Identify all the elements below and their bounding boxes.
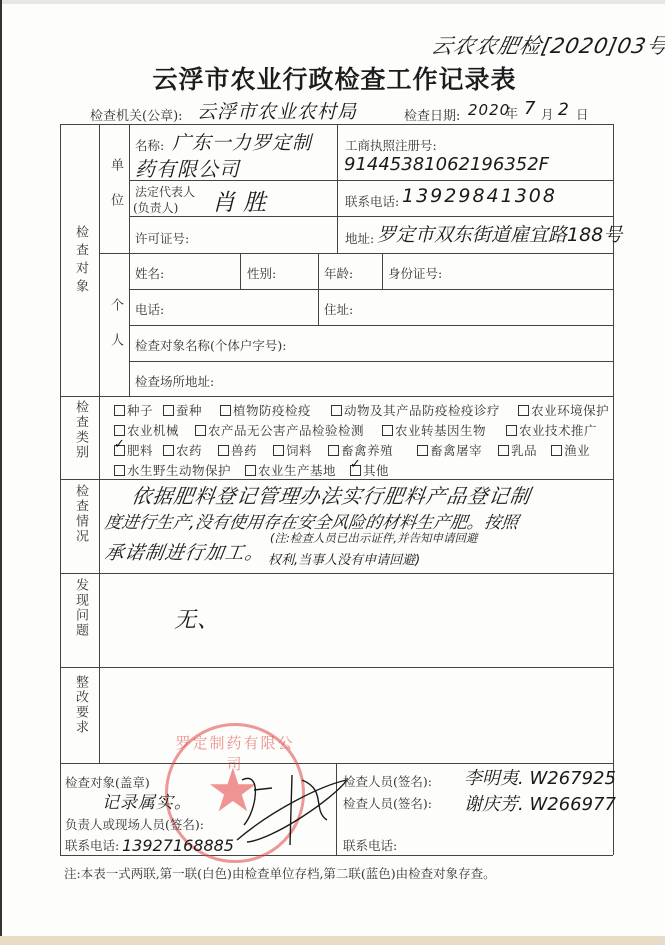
unit-name-value-line1: 广东一力罗定制 <box>172 128 312 155</box>
checkbox-empty-icon[interactable] <box>331 405 342 416</box>
category-label: 饲料 <box>286 443 312 458</box>
section-label-situation: 检查情况 <box>69 484 89 552</box>
situation-line3: 承诺制进行加工。 <box>103 538 267 565</box>
checkbox-empty-icon[interactable] <box>498 445 509 456</box>
situation-note-line2: 权利,当事人没有申请回避) <box>268 549 420 568</box>
unit-label: 单位 <box>104 158 124 236</box>
section-label-situation-text: 检查情况 <box>69 484 91 544</box>
checkbox-empty-icon[interactable] <box>195 425 206 436</box>
category-checkbox-item[interactable]: 渔业 <box>551 441 590 459</box>
individual-age-label: 年龄: <box>324 264 353 282</box>
inspector2-label: 检查人员(签名): <box>343 794 432 812</box>
document-number: 云农农肥检[2020]03号 <box>429 30 665 60</box>
category-checkbox-item[interactable]: 蚕种 <box>163 401 202 419</box>
section-label-subject-text: 检查对象 <box>69 225 91 297</box>
situation-line1: 依据肥料登记管理办法实行肥料产品登记制 <box>130 480 533 509</box>
checkbox-empty-icon[interactable] <box>245 465 256 476</box>
category-checkbox-item[interactable]: 农业生产基地 <box>245 461 336 479</box>
section-label-categories-text: 检查类别 <box>69 400 91 460</box>
individual-id-label: 身份证号: <box>388 264 442 282</box>
scan-edge <box>2 0 665 4</box>
checkbox-empty-icon[interactable] <box>506 425 517 436</box>
permit-label: 许可证号: <box>135 229 189 247</box>
subject-phone-label: 联系电话: <box>65 836 119 854</box>
checkbox-empty-icon[interactable] <box>114 425 125 436</box>
date-year: 2020 <box>468 101 510 119</box>
category-label: 畜禽屠宰 <box>430 443 482 458</box>
checkbox-empty-icon[interactable] <box>328 445 339 456</box>
category-checkbox-item[interactable]: 植物防疫检疫 <box>220 401 311 419</box>
checkbox-empty-icon[interactable] <box>273 445 284 456</box>
category-label: 农业技术推广 <box>519 423 597 438</box>
agency-label: 检查机关(公章): <box>90 105 183 124</box>
checkbox-empty-icon[interactable] <box>218 445 229 456</box>
category-label: 渔业 <box>564 443 590 458</box>
category-label: 农业环境保护 <box>531 403 609 418</box>
site-address-label: 检查场所地址: <box>135 372 214 390</box>
category-row: 水生野生动物保护农业生产基地其他 <box>108 461 395 479</box>
category-label: 乳品 <box>511 443 537 458</box>
category-checkbox-item[interactable]: 动物及其产品防疫检疫诊疗 <box>331 401 500 419</box>
date-month: 7 <box>524 98 536 119</box>
license-value: 914453810621963​52F <box>344 154 549 175</box>
legal-rep-value: 肖胜 <box>212 184 274 217</box>
category-label: 其他 <box>363 463 389 478</box>
responsible-label: 负责人或现场人员(签名): <box>65 815 204 833</box>
checkbox-empty-icon[interactable] <box>551 445 562 456</box>
license-label: 工商执照注册号: <box>345 136 437 154</box>
category-checkbox-item[interactable]: 农业技术推广 <box>506 421 597 439</box>
responsible-signature <box>232 770 352 850</box>
category-checkbox-item[interactable]: 畜禽屠宰 <box>417 441 482 459</box>
category-label: 肥料 <box>127 443 153 458</box>
category-label: 水生野生动物保护 <box>127 463 231 478</box>
phone-label: 联系电话: <box>345 192 399 210</box>
checkbox-empty-icon[interactable] <box>114 405 125 416</box>
category-label: 蚕种 <box>176 403 202 418</box>
agency-value: 云浮市农业农村局 <box>197 97 357 124</box>
category-label: 植物防疫检疫 <box>233 403 311 418</box>
category-label: 畜禽养殖 <box>341 443 393 458</box>
inspector-phone-label: 联系电话: <box>343 836 397 854</box>
individual-gender-label: 性别: <box>247 264 276 282</box>
category-checkbox-item[interactable]: 农业环境保护 <box>518 401 609 419</box>
section-label-rectification: 整改要求 <box>69 675 89 743</box>
category-label: 种子 <box>127 403 153 418</box>
category-label: 农业转基因生物 <box>395 423 486 438</box>
checkbox-empty-icon[interactable] <box>417 445 428 456</box>
category-checkbox-item[interactable]: 肥料 <box>114 441 153 459</box>
page-title: 云浮市农业行政检查工作记录表 <box>2 60 665 96</box>
unit-label-text: 单位 <box>104 158 126 228</box>
category-checkbox-item[interactable]: 饲料 <box>273 441 312 459</box>
document-page: 云农农肥检[2020]03号 云浮市农业行政检查工作记录表 检查机关(公章): … <box>0 0 665 936</box>
category-checkbox-item[interactable]: 农药 <box>163 441 202 459</box>
category-row: 种子蚕种植物防疫检疫动物及其产品防疫检疫诊疗农业环境保护 <box>108 401 615 419</box>
individual-name-label: 姓名: <box>135 264 164 282</box>
category-row: 农业机械农产品无公害产品检验检测农业转基因生物农业技术推广 <box>108 421 603 439</box>
section-label-problems-text: 发现问题 <box>69 578 91 638</box>
category-checkbox-item[interactable]: 农产品无公害产品检验检测 <box>195 421 364 439</box>
section-label-categories: 检查类别 <box>69 400 89 468</box>
date-day-suffix: 日 <box>576 105 589 123</box>
category-label: 农业生产基地 <box>258 463 336 478</box>
category-label: 农业机械 <box>127 423 179 438</box>
category-label: 农药 <box>176 443 202 458</box>
footer-note: 注:本表一式两联,第一联(白色)由检查单位存档,第二联(蓝色)由检查对象存查。 <box>64 864 496 882</box>
category-label: 动物及其产品防疫检疫诊疗 <box>344 403 500 418</box>
legal-rep-label-line2: (负责人) <box>133 199 178 216</box>
inspector1-label: 检查人员(签名): <box>343 772 432 790</box>
individual-phone-label: 电话: <box>135 300 164 318</box>
checkbox-empty-icon[interactable] <box>114 465 125 476</box>
checkbox-empty-icon[interactable] <box>518 405 529 416</box>
individual-residence-label: 住址: <box>324 300 353 318</box>
category-checkbox-item[interactable]: 兽药 <box>218 441 257 459</box>
checkbox-checked-icon[interactable] <box>114 445 125 456</box>
subject-phone-value: 13927168885 <box>122 836 234 855</box>
date-day: 2 <box>558 100 570 120</box>
checkbox-checked-icon[interactable] <box>350 465 361 476</box>
inspector2-value: 谢庆芳. W266977 <box>464 790 616 816</box>
address-label: 地址: <box>345 229 374 247</box>
checkbox-empty-icon[interactable] <box>382 425 393 436</box>
category-checkbox-item[interactable]: 乳品 <box>498 441 537 459</box>
individual-label: 个人 <box>104 298 124 376</box>
address-value: 罗定市双东街道雇宜路188号 <box>377 220 622 247</box>
category-checkbox-item[interactable]: 农业转基因生物 <box>382 421 486 439</box>
individual-label-text: 个人 <box>104 298 126 368</box>
section-label-problems: 发现问题 <box>69 578 89 646</box>
category-checkbox-item[interactable]: 其他 <box>350 461 389 479</box>
unit-name-value-line2: 药有限公司 <box>135 153 240 182</box>
legal-rep-label-line1: 法定代表人 <box>135 183 195 200</box>
unit-name-label: 名称: <box>135 136 164 154</box>
subject-seal-note: 记录属实。 <box>102 788 192 813</box>
inspector1-value: 李明夷. W267925 <box>464 764 616 790</box>
category-checkbox-item[interactable]: 种子 <box>114 401 153 419</box>
target-name-label: 检查对象名称(个体户字号): <box>135 336 286 354</box>
checkbox-empty-icon[interactable] <box>163 405 174 416</box>
date-month-suffix: 月 <box>541 105 554 123</box>
checkbox-empty-icon[interactable] <box>163 445 174 456</box>
checkbox-empty-icon[interactable] <box>220 405 231 416</box>
problems-value: 无、 <box>174 603 220 634</box>
date-year-suffix: 年 <box>505 103 518 122</box>
section-label-subject: 检查对象 <box>69 225 89 305</box>
category-label: 农产品无公害产品检验检测 <box>208 423 364 438</box>
category-checkbox-item[interactable]: 水生野生动物保护 <box>114 461 231 479</box>
situation-note-line1: (注:检查人员已出示证件,并告知申请回避 <box>270 530 478 546</box>
section-label-rectification-text: 整改要求 <box>69 675 91 735</box>
date-label: 检查日期: <box>404 105 460 124</box>
category-label: 兽药 <box>231 443 257 458</box>
phone-value: 13929841308 <box>402 185 557 207</box>
